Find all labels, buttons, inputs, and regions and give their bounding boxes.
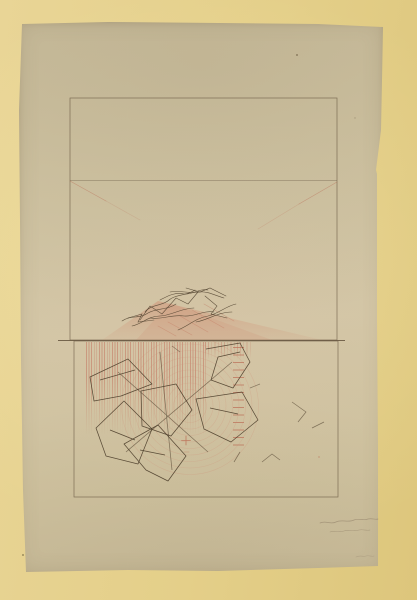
perspective-line-right [299,182,337,204]
inscription-line-1 [320,519,378,523]
circle [128,344,252,468]
circle [135,351,246,462]
perspective-line-left [70,181,106,201]
artwork-photo [0,0,417,600]
scribble [170,291,224,298]
star-arm-left [90,359,152,401]
date-inscription [356,556,374,557]
perspective-line-left-fade [106,201,140,220]
speck [318,456,320,458]
scribble [160,290,208,300]
lower-frame-outline [74,341,338,497]
star-arm-lower-left [96,401,152,464]
upper-frame-outline [70,98,337,340]
circle [174,390,207,423]
paper-specks [22,54,356,556]
speck [22,554,24,556]
red-cross-mark [182,436,191,445]
inscription-line-2 [330,530,370,532]
star-cross-lines [118,352,232,470]
pink-shade-triangle [102,301,322,340]
speck [296,54,298,56]
perspective-line-right-fade [258,204,299,229]
speck [354,117,355,118]
frame-lines [58,98,345,497]
stray-marks-right [234,402,324,462]
circle [154,370,226,442]
drawing-layer [0,0,417,600]
star-pattern [90,343,324,481]
handwritten-inscription [320,519,378,557]
